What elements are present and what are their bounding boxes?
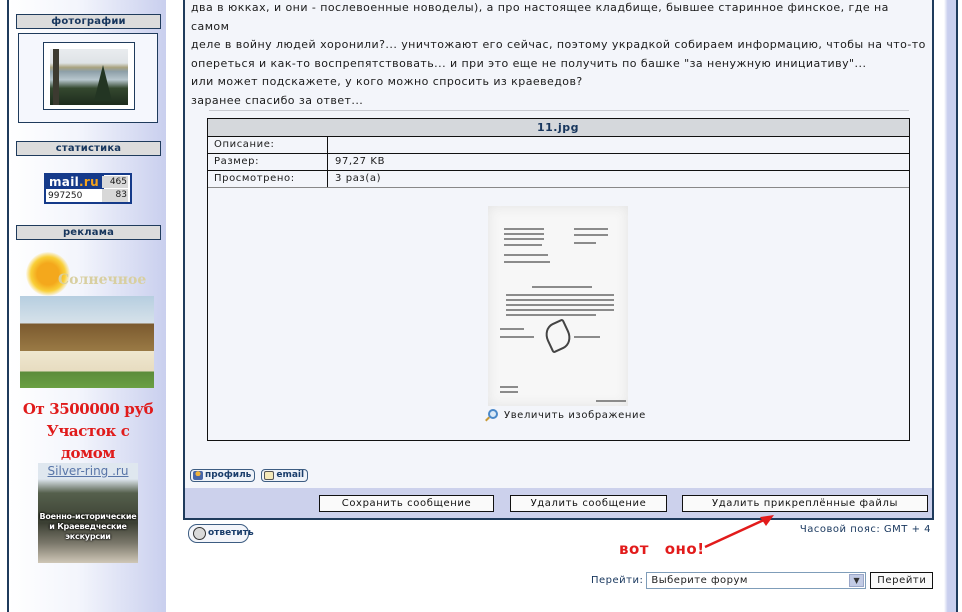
photos-section-title: фотографии [16,14,161,29]
counter-hits-bottom: 83 [102,189,128,202]
profile-button[interactable]: профиль [190,469,255,482]
reply-button[interactable]: ответить [188,524,249,543]
attachment-row-description: Описание: [208,137,909,154]
magnifier-icon [488,409,498,419]
signature-mark [541,318,575,354]
ad-tours-text: Военно-исторические и Краеведческие экск… [38,512,138,542]
reply-icon [193,527,206,540]
counter-total: 997250 [48,190,82,202]
photo-widget [18,33,158,123]
annotation-text: вот оно! [619,540,705,558]
sidebar: фотографии статистика mail.ru 465 997250… [9,0,166,612]
ad-price-text: От 3500000 руб Участок с домом [20,398,156,464]
attachment-image-thumbnail[interactable] [488,206,628,406]
user-buttons: профиль email [190,469,308,482]
mailru-counter[interactable]: mail.ru 465 997250 83 [44,173,132,204]
post-body: два в юкках, и они - послевоенные новоде… [191,0,931,110]
ads-section-title: реклама [16,225,161,240]
envelope-icon [264,471,274,480]
post-actions-bar: Сохранить сообщение Удалить сообщение Уд… [185,488,932,518]
attachment-filename: 11.jpg [208,119,909,137]
attachment-separator [209,110,909,111]
stats-section-title: статистика [16,141,161,156]
attachment-row-views: Просмотрено: 3 раз(а) [208,171,909,188]
forum-jump: Перейти: Выберите форум ▼ Перейти [591,572,933,589]
attachment-row-size: Размер: 97,27 KB [208,154,909,171]
chevron-down-icon[interactable]: ▼ [849,574,864,587]
counter-hits-top: 465 [102,176,128,188]
mailru-logo: mail.ru [46,175,104,189]
attachment-box: 11.jpg Описание: Размер: 97,27 KB Просмо… [207,118,910,441]
save-message-button[interactable]: Сохранить сообщение [319,495,494,512]
house-ad-banner[interactable]: Солнечное От 3500000 руб Участок с домом [20,252,156,442]
timezone-label: Часовой пояс: GMT + 4 [800,524,931,535]
ad-brand: Солнечное [58,272,146,288]
delete-attachments-button[interactable]: Удалить прикреплённые файлы [682,495,928,512]
jump-go-button[interactable]: Перейти [870,572,933,589]
email-button[interactable]: email [261,469,308,482]
enlarge-image-link[interactable]: Увеличить изображение [488,408,646,421]
forum-select[interactable]: Выберите форум ▼ [646,572,866,589]
right-border [944,0,958,612]
tours-ad-banner[interactable]: Silver-ring .ru Военно-исторические и Кр… [38,463,138,563]
annotation-arrow-icon [700,513,780,553]
photo-thumbnail-frame[interactable] [43,42,135,110]
delete-message-button[interactable]: Удалить сообщение [510,495,667,512]
post-container: два в юкках, и они - послевоенные новоде… [183,0,934,520]
house-image [20,296,154,388]
user-icon [193,471,203,480]
ad-site-name: Silver-ring .ru [38,463,138,479]
jump-label: Перейти: [591,575,643,586]
lake-photo-image[interactable] [50,49,128,105]
